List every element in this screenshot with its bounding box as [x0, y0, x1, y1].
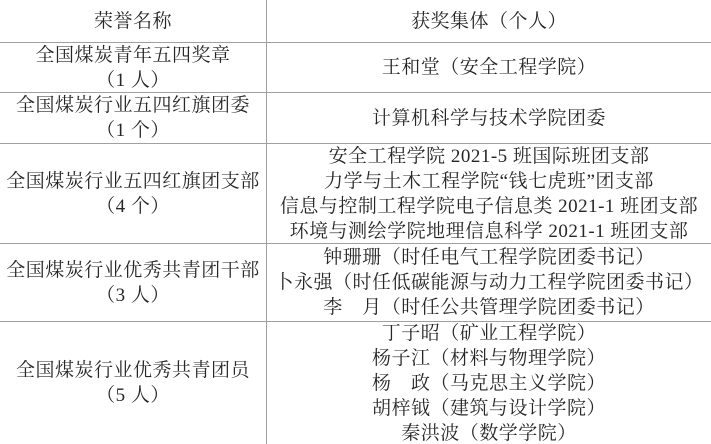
winner-line: 杨子江（材料与物理学院）	[372, 346, 606, 371]
header-honor-name-cell: 荣誉名称	[0, 0, 267, 42]
winners-cell: 安全工程学院 2021-5 班国际班团支部 力学与土木工程学院“钱七虎班”团支部…	[267, 144, 711, 243]
honor-name: 全国煤炭行业五四红旗团委	[16, 93, 250, 118]
winners-cell: 丁子昭（矿业工程学院） 杨子江（材料与物理学院） 杨 政（马克思主义学院） 胡梓…	[267, 322, 711, 444]
winner-line: 李 月（时任公共管理学院团委书记）	[323, 295, 655, 320]
honor-cell: 全国煤炭行业优秀共青团员 （5 人）	[0, 322, 267, 444]
honor-count: （3 人）	[96, 283, 170, 308]
honor-cell: 全国煤炭行业五四红旗团委 （1 个）	[0, 93, 267, 143]
column-header-honor-name: 荣誉名称	[94, 9, 172, 34]
table-row: 全国煤炭青年五四奖章 （1 人） 王和堂（安全工程学院）	[0, 43, 711, 93]
winners-cell: 计算机科学与技术学院团委	[267, 93, 711, 143]
winner-line: 秦洪波（数学学院）	[401, 421, 577, 444]
honor-cell: 全国煤炭行业五四红旗团支部 （4 个）	[0, 144, 267, 243]
honor-name: 全国煤炭行业优秀共青团员	[16, 358, 250, 383]
honor-table: 荣誉名称 获奖集体（个人） 全国煤炭青年五四奖章 （1 人） 王和堂（安全工程学…	[0, 0, 711, 444]
column-header-recipients: 获奖集体（个人）	[411, 9, 567, 34]
winners-cell: 钟珊珊（时任电气工程学院团委书记） 卜永强（时任低碳能源与动力工程学院团委书记）…	[267, 244, 711, 321]
honor-name: 全国煤炭行业五四红旗团支部	[6, 169, 260, 194]
table-row: 全国煤炭行业优秀共青团干部 （3 人） 钟珊珊（时任电气工程学院团委书记） 卜永…	[0, 244, 711, 322]
winner-line: 杨 政（马克思主义学院）	[372, 371, 606, 396]
table-row: 全国煤炭行业优秀共青团员 （5 人） 丁子昭（矿业工程学院） 杨子江（材料与物理…	[0, 322, 711, 444]
honor-count: （4 个）	[96, 194, 170, 219]
winner-line: 胡梓钺（建筑与设计学院）	[372, 396, 606, 421]
winner-line: 王和堂（安全工程学院）	[382, 55, 597, 80]
winners-cell: 王和堂（安全工程学院）	[267, 43, 711, 92]
table-row: 全国煤炭行业五四红旗团支部 （4 个） 安全工程学院 2021-5 班国际班团支…	[0, 144, 711, 244]
table-header-row: 荣誉名称 获奖集体（个人）	[0, 0, 711, 43]
honor-name: 全国煤炭行业优秀共青团干部	[6, 258, 260, 283]
honor-name: 全国煤炭青年五四奖章	[35, 43, 230, 68]
winner-line: 环境与测绘学院地理信息科学 2021-1 班团支部	[290, 219, 689, 244]
document-page: 荣誉名称 获奖集体（个人） 全国煤炭青年五四奖章 （1 人） 王和堂（安全工程学…	[0, 0, 711, 444]
winner-line: 卜永强（时任低碳能源与动力工程学院团委书记）	[274, 270, 703, 295]
winner-line: 丁子昭（矿业工程学院）	[382, 322, 597, 346]
honor-cell: 全国煤炭青年五四奖章 （1 人）	[0, 43, 267, 92]
winner-line: 安全工程学院 2021-5 班国际班团支部	[329, 144, 650, 169]
winner-line: 信息与控制工程学院电子信息类 2021-1 班团支部	[280, 194, 698, 219]
table-row: 全国煤炭行业五四红旗团委 （1 个） 计算机科学与技术学院团委	[0, 93, 711, 144]
honor-count: （5 人）	[96, 383, 170, 408]
winner-line: 力学与土木工程学院“钱七虎班”团支部	[324, 169, 654, 194]
header-recipients-cell: 获奖集体（个人）	[267, 0, 711, 42]
winner-line: 计算机科学与技术学院团委	[372, 106, 606, 131]
honor-count: （1 人）	[96, 68, 170, 93]
honor-count: （1 个）	[96, 118, 170, 143]
honor-cell: 全国煤炭行业优秀共青团干部 （3 人）	[0, 244, 267, 321]
winner-line: 钟珊珊（时任电气工程学院团委书记）	[323, 245, 655, 270]
